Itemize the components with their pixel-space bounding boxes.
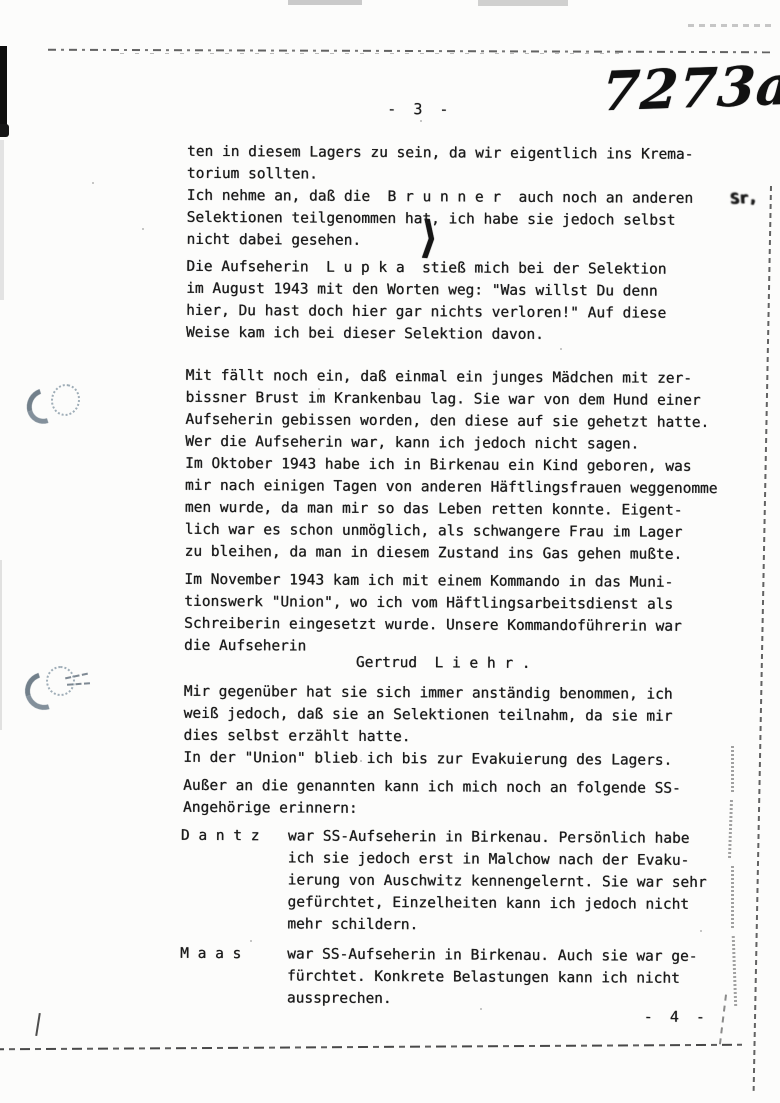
paragraph-maedchen: Mit fällt noch ein, daß einmal ein junge…: [185, 365, 709, 456]
paragraph-ss-angehoerige: Außer an die genannten kann ich mich noc…: [183, 775, 681, 822]
typed-line: Außer an die genannten kann ich mich noc…: [183, 775, 681, 800]
typed-line: Weise kam ich bei dieser Selektion davon…: [186, 322, 666, 347]
typed-line: men wurde, da man mir so das Leben rette…: [185, 497, 718, 522]
typed-line: gefürchtet, Einzelheiten kann ich jedoch…: [287, 891, 706, 916]
entry-name: D a n t z: [180, 825, 288, 936]
typed-line: Mir gegenüber hat sie sich immer anständ…: [184, 681, 673, 706]
typed-line: war SS-Aufseherin in Birkenau. Persönlic…: [288, 825, 707, 850]
entry-maas: M a a s war SS-Aufseherin in Birkenau. A…: [180, 943, 698, 1012]
typed-line: Mit fällt noch ein, daß einmal ein junge…: [186, 365, 710, 390]
typed-line: mir nach einigen Tagen von anderen Häftl…: [185, 475, 718, 500]
typed-line: ierung von Auschwitz kennengelernt. Sie …: [288, 869, 707, 894]
paragraph-liehr: Mir gegenüber hat sie sich immer anständ…: [183, 681, 672, 772]
page-number-top: - 3 -: [387, 100, 452, 118]
typed-line: torium sollten.: [187, 163, 693, 188]
paragraph-kind: Im Oktober 1943 habe ich in Birkenau ein…: [185, 453, 718, 566]
entry-lines: war SS-Aufseherin in Birkenau. Auch sie …: [287, 943, 698, 1012]
typed-line: Ich nehme an, daß die B r u n n e r auch…: [187, 185, 693, 210]
typed-line: lich war es schon unmöglich, als schwang…: [185, 519, 718, 544]
typed-text-block: - 3 - ten in diesem Lagers zu sein, da w…: [0, 0, 780, 1103]
typed-line: aussprechen.: [287, 987, 697, 1012]
typed-line: weiß jedoch, daß sie an Selektionen teil…: [184, 703, 673, 728]
scanned-document-page: 7273a ⟩ Sr, - 3 - ten in diesem Lagers z…: [0, 0, 780, 1103]
typed-line: ich sie jedoch erst in Malchow nach der …: [288, 847, 707, 872]
typed-line: Im Oktober 1943 habe ich in Birkenau ein…: [185, 453, 718, 478]
typed-line: zu bleihen, da man in diesem Zustand ins…: [185, 541, 718, 566]
typed-line: Schreiberin eingesetzt wurde. Unsere Kom…: [184, 613, 682, 638]
typed-line: Aufseherin gebissen worden, den diese au…: [185, 409, 709, 434]
typed-line: ten in diesem Lagers zu sein, da wir eig…: [187, 141, 693, 166]
typed-line: dies selbst erzählt hatte.: [183, 725, 672, 750]
paragraph-brunner: ten in diesem Lagers zu sein, da wir eig…: [186, 141, 693, 254]
name-line-liehr: Gertrud L i e h r .: [356, 652, 531, 675]
entry-name: M a a s: [180, 943, 287, 1010]
typed-line: Angehörige erinnern:: [183, 797, 681, 822]
typed-line: Die Aufseherin L u p k a stieß mich bei …: [186, 256, 666, 281]
typed-line: Selektionen teilgenommen hat, ich habe s…: [187, 207, 693, 232]
typed-line: In der "Union" blieb ich bis zur Evakuie…: [183, 747, 672, 772]
typed-line: Wer die Aufseherin war, kann ich jedoch …: [185, 431, 709, 456]
typed-line: tionswerk "Union", wo ich vom Häftlingsa…: [184, 591, 682, 616]
typed-line: Im November 1943 kam ich mit einem Komma…: [184, 569, 682, 594]
typed-line: mehr schildern.: [287, 913, 706, 938]
typed-line: hier, Du hast doch hier gar nichts verlo…: [186, 300, 666, 325]
paragraph-lupka: Die Aufseherin L u p k a stieß mich bei …: [186, 256, 667, 347]
page-number-bottom: - 4 -: [644, 1008, 709, 1026]
typed-line: war SS-Aufseherin in Birkenau. Auch sie …: [287, 943, 697, 968]
entry-dantz: D a n t z war SS-Aufseherin in Birkenau.…: [180, 825, 707, 938]
paragraph-union: Im November 1943 kam ich mit einem Komma…: [184, 569, 682, 660]
entry-lines: war SS-Aufseherin in Birkenau. Persönlic…: [287, 825, 707, 938]
typed-line: im August 1943 mit den Worten weg: "Was …: [186, 278, 666, 303]
typed-line: bissner Brust im Krankenbau lag. Sie war…: [185, 387, 709, 412]
typed-line: nicht dabei gesehen.: [186, 229, 692, 254]
typed-line: fürchtet. Konkrete Belastungen kann ich …: [287, 965, 697, 990]
